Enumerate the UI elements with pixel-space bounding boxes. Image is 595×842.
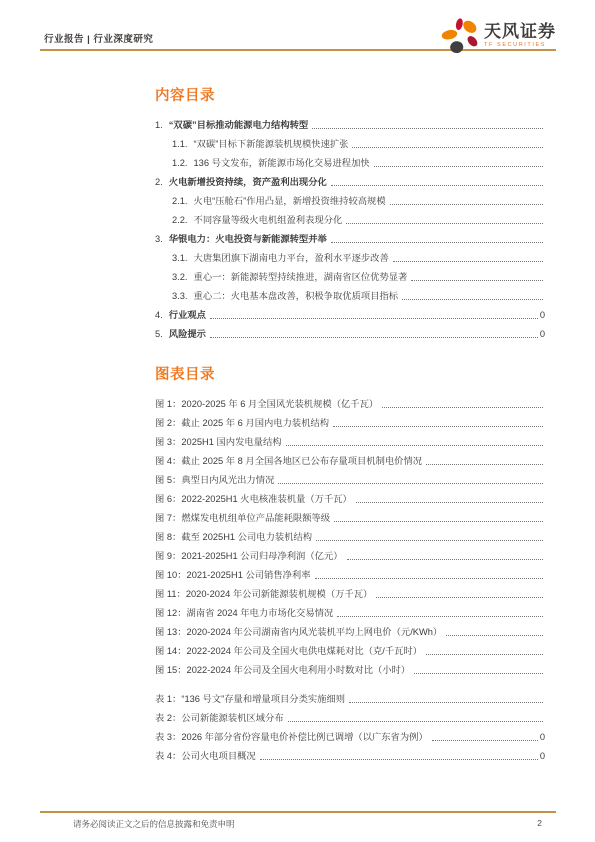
dot-leader: [333, 426, 543, 427]
toc-list: 1.“双碳”目标推动能源电力结构转型1.1.“双碳”目标下新能源装机规模快速扩张…: [155, 113, 545, 341]
dot-leader: [390, 204, 543, 205]
dot-leader: [210, 337, 538, 338]
toc-entry[interactable]: 2.1.火电“压舱石”作用凸显，新增投资维持较高规模: [155, 189, 545, 208]
footer-page-number: 2: [537, 818, 542, 828]
figure-entry[interactable]: 图 12：湖南省 2024 年电力市场化交易情况: [155, 601, 545, 620]
entry-page: 0: [540, 328, 545, 341]
entry-label: 不同容量等级火电机组盈利表现分化: [194, 214, 343, 227]
figure-entry[interactable]: 图 5：典型日内风光出力情况: [155, 468, 545, 487]
footer-rule: [40, 811, 556, 813]
entry-label: 图 1：2020-2025 年 6 月全国风光装机规模（亿千瓦）: [155, 398, 378, 411]
figure-entry[interactable]: 图 9：2021-2025H1 公司归母净利润（亿元）: [155, 544, 545, 563]
brand-name: 天风证券: [484, 23, 556, 40]
entry-number: 3.1.: [172, 252, 188, 265]
entry-number: 1.: [155, 119, 163, 132]
entry-label: 表 3：2026 年部分省份容量电价补偿比例已调增（以广东省为例）: [155, 731, 428, 744]
entry-number: 4.: [155, 309, 163, 322]
entry-number: 1.2.: [172, 157, 188, 170]
dot-leader: [382, 407, 543, 408]
table-entry[interactable]: 表 3：2026 年部分省份容量电价补偿比例已调增（以广东省为例）0: [155, 725, 545, 744]
report-toc-page: 行业报告 | 行业深度研究 天风证券 TF SECURITIES 内容目录 1.…: [0, 0, 595, 842]
entry-number: 3.3.: [172, 290, 188, 303]
dot-leader: [376, 597, 543, 598]
dot-leader: [315, 578, 543, 579]
entry-page: 0: [540, 309, 545, 322]
toc-entry[interactable]: 3.2.重心一：新能源转型持续推进，湖南省区位优势显著: [155, 265, 545, 284]
entry-label: 图 15：2022-2024 年公司及全国火电利用小时数对比（小时）: [155, 664, 410, 677]
dot-leader: [337, 616, 543, 617]
brand-subtitle: TF SECURITIES: [484, 43, 556, 49]
entry-label: 表 4：公司火电项目概况: [155, 750, 256, 763]
entry-label: 136 号文发布，新能源市场化交易进程加快: [194, 157, 370, 170]
footer-disclaimer: 请务必阅读正文之后的信息披露和免责申明: [73, 818, 235, 830]
dot-leader: [210, 318, 538, 319]
toc-section-title: 内容目录: [155, 84, 545, 105]
toc-entry[interactable]: 2.2.不同容量等级火电机组盈利表现分化: [155, 208, 545, 227]
entry-label: 图 11：2020-2024 年公司新能源装机规模（万千瓦）: [155, 588, 372, 601]
entry-label: 图 2：截止 2025 年 6 月国内电力装机结构: [155, 417, 329, 430]
entry-label: 图 14：2022-2024 年公司及全国火电供电煤耗对比（克/千瓦时）: [155, 645, 422, 658]
entry-label: 重心二：火电基本盘改善，积极争取优质项目指标: [194, 290, 399, 303]
toc-entry[interactable]: 2.火电新增投资持续，资产盈利出现分化: [155, 170, 545, 189]
entry-page: 0: [540, 750, 545, 763]
dot-leader: [312, 128, 543, 129]
tf-flower-icon: [440, 17, 480, 55]
entry-number: 3.: [155, 233, 163, 246]
table-entry[interactable]: 表 4：公司火电项目概况0: [155, 744, 545, 763]
brand-text: 天风证券 TF SECURITIES: [484, 23, 556, 49]
entry-label: 图 13：2020-2024 年公司湖南省内风光装机平均上网电价（元/KWh）: [155, 626, 442, 639]
dot-leader: [356, 502, 543, 503]
toc-entry[interactable]: 4.行业观点0: [155, 303, 545, 322]
table-list: 表 1：“136 号文”存量和增量项目分类实施细则表 2：公司新能源装机区域分布…: [155, 687, 545, 763]
table-entry[interactable]: 表 1：“136 号文”存量和增量项目分类实施细则: [155, 687, 545, 706]
dot-leader: [402, 299, 543, 300]
entry-label: 图 5：典型日内风光出力情况: [155, 474, 274, 487]
figures-section: 图表目录 图 1：2020-2025 年 6 月全国风光装机规模（亿千瓦）图 2…: [155, 363, 545, 763]
figure-entry[interactable]: 图 13：2020-2024 年公司湖南省内风光装机平均上网电价（元/KWh）: [155, 620, 545, 639]
entry-label: 图 6：2022-2025H1 火电核准装机量（万千瓦）: [155, 493, 352, 506]
dot-leader: [352, 147, 543, 148]
figure-entry[interactable]: 图 14：2022-2024 年公司及全国火电供电煤耗对比（克/千瓦时）: [155, 639, 545, 658]
dot-leader: [331, 185, 543, 186]
dot-leader: [346, 223, 543, 224]
entry-label: 行业观点: [169, 309, 206, 322]
dot-leader: [426, 464, 543, 465]
figure-entry[interactable]: 图 6：2022-2025H1 火电核准装机量（万千瓦）: [155, 487, 545, 506]
entry-label: 华银电力：火电投资与新能源转型并举: [169, 233, 327, 246]
entry-label: “双碳”目标下新能源装机规模快速扩张: [194, 138, 349, 151]
dot-leader: [278, 483, 543, 484]
entry-label: “双碳”目标推动能源电力结构转型: [169, 119, 308, 132]
dot-leader: [446, 635, 543, 636]
figure-list: 图 1：2020-2025 年 6 月全国风光装机规模（亿千瓦）图 2：截止 2…: [155, 392, 545, 677]
toc-entry[interactable]: 3.3.重心二：火电基本盘改善，积极争取优质项目指标: [155, 284, 545, 303]
dot-leader: [426, 654, 543, 655]
entry-number: 5.: [155, 328, 163, 341]
dot-leader: [286, 445, 543, 446]
report-category-label: 行业报告 | 行业深度研究: [44, 31, 153, 45]
entry-label: 火电“压舱石”作用凸显，新增投资维持较高规模: [194, 195, 386, 208]
dot-leader: [349, 702, 543, 703]
dot-leader: [260, 759, 538, 760]
entry-label: 图 3：2025H1 国内发电量结构: [155, 436, 282, 449]
entry-label: 大唐集团旗下湖南电力平台，盈利水平逐步改善: [194, 252, 389, 265]
figure-entry[interactable]: 图 1：2020-2025 年 6 月全国风光装机规模（亿千瓦）: [155, 392, 545, 411]
figure-entry[interactable]: 图 10：2021-2025H1 公司销售净利率: [155, 563, 545, 582]
entry-label: 图 9：2021-2025H1 公司归母净利润（亿元）: [155, 550, 343, 563]
figure-entry[interactable]: 图 3：2025H1 国内发电量结构: [155, 430, 545, 449]
entry-number: 2.1.: [172, 195, 188, 208]
entry-label: 图 12：湖南省 2024 年电力市场化交易情况: [155, 607, 333, 620]
entry-number: 2.2.: [172, 214, 188, 227]
toc-entry[interactable]: 3.1.大唐集团旗下湖南电力平台，盈利水平逐步改善: [155, 246, 545, 265]
figures-section-title: 图表目录: [155, 363, 545, 384]
figure-entry[interactable]: 图 8：截至 2025H1 公司电力装机结构: [155, 525, 545, 544]
entry-label: 图 7：燃煤发电机组单位产品能耗限额等级: [155, 512, 330, 525]
dot-leader: [347, 559, 543, 560]
entry-label: 重心一：新能源转型持续推进，湖南省区位优势显著: [194, 271, 408, 284]
dot-leader: [432, 740, 538, 741]
toc-entry[interactable]: 3.华银电力：火电投资与新能源转型并举: [155, 227, 545, 246]
entry-label: 表 2：公司新能源装机区域分布: [155, 712, 284, 725]
brand-logo: 天风证券 TF SECURITIES: [440, 17, 556, 55]
figure-entry[interactable]: 图 4：截止 2025 年 8 月全国各地区已公布存量项目机制电价情况: [155, 449, 545, 468]
entry-label: 图 4：截止 2025 年 8 月全国各地区已公布存量项目机制电价情况: [155, 455, 422, 468]
toc-entry[interactable]: 1.1.“双碳”目标下新能源装机规模快速扩张: [155, 132, 545, 151]
dot-leader: [316, 540, 543, 541]
table-entry[interactable]: 表 2：公司新能源装机区域分布: [155, 706, 545, 725]
figure-entry[interactable]: 图 7：燃煤发电机组单位产品能耗限额等级: [155, 506, 545, 525]
page-content: 内容目录 1.“双碳”目标推动能源电力结构转型1.1.“双碳”目标下新能源装机规…: [155, 84, 545, 763]
dot-leader: [331, 242, 543, 243]
dot-leader: [374, 166, 543, 167]
figure-entry[interactable]: 图 15：2022-2024 年公司及全国火电利用小时数对比（小时）: [155, 658, 545, 677]
dot-leader: [411, 280, 543, 281]
figure-entry[interactable]: 图 11：2020-2024 年公司新能源装机规模（万千瓦）: [155, 582, 545, 601]
entry-page: 0: [540, 731, 545, 744]
figure-entry[interactable]: 图 2：截止 2025 年 6 月国内电力装机结构: [155, 411, 545, 430]
entry-label: 火电新增投资持续，资产盈利出现分化: [169, 176, 327, 189]
entry-label: 风险提示: [169, 328, 206, 341]
entry-number: 1.1.: [172, 138, 188, 151]
entry-label: 图 8：截至 2025H1 公司电力装机结构: [155, 531, 312, 544]
entry-number: 3.2.: [172, 271, 188, 284]
entry-number: 2.: [155, 176, 163, 189]
entry-label: 表 1：“136 号文”存量和增量项目分类实施细则: [155, 693, 345, 706]
list-gap: [155, 677, 545, 687]
toc-entry[interactable]: 1.“双碳”目标推动能源电力结构转型: [155, 113, 545, 132]
entry-label: 图 10：2021-2025H1 公司销售净利率: [155, 569, 311, 582]
toc-entry[interactable]: 5.风险提示0: [155, 322, 545, 341]
dot-leader: [334, 521, 543, 522]
dot-leader: [288, 721, 543, 722]
dot-leader: [414, 673, 543, 674]
toc-entry[interactable]: 1.2.136 号文发布，新能源市场化交易进程加快: [155, 151, 545, 170]
dot-leader: [393, 261, 543, 262]
